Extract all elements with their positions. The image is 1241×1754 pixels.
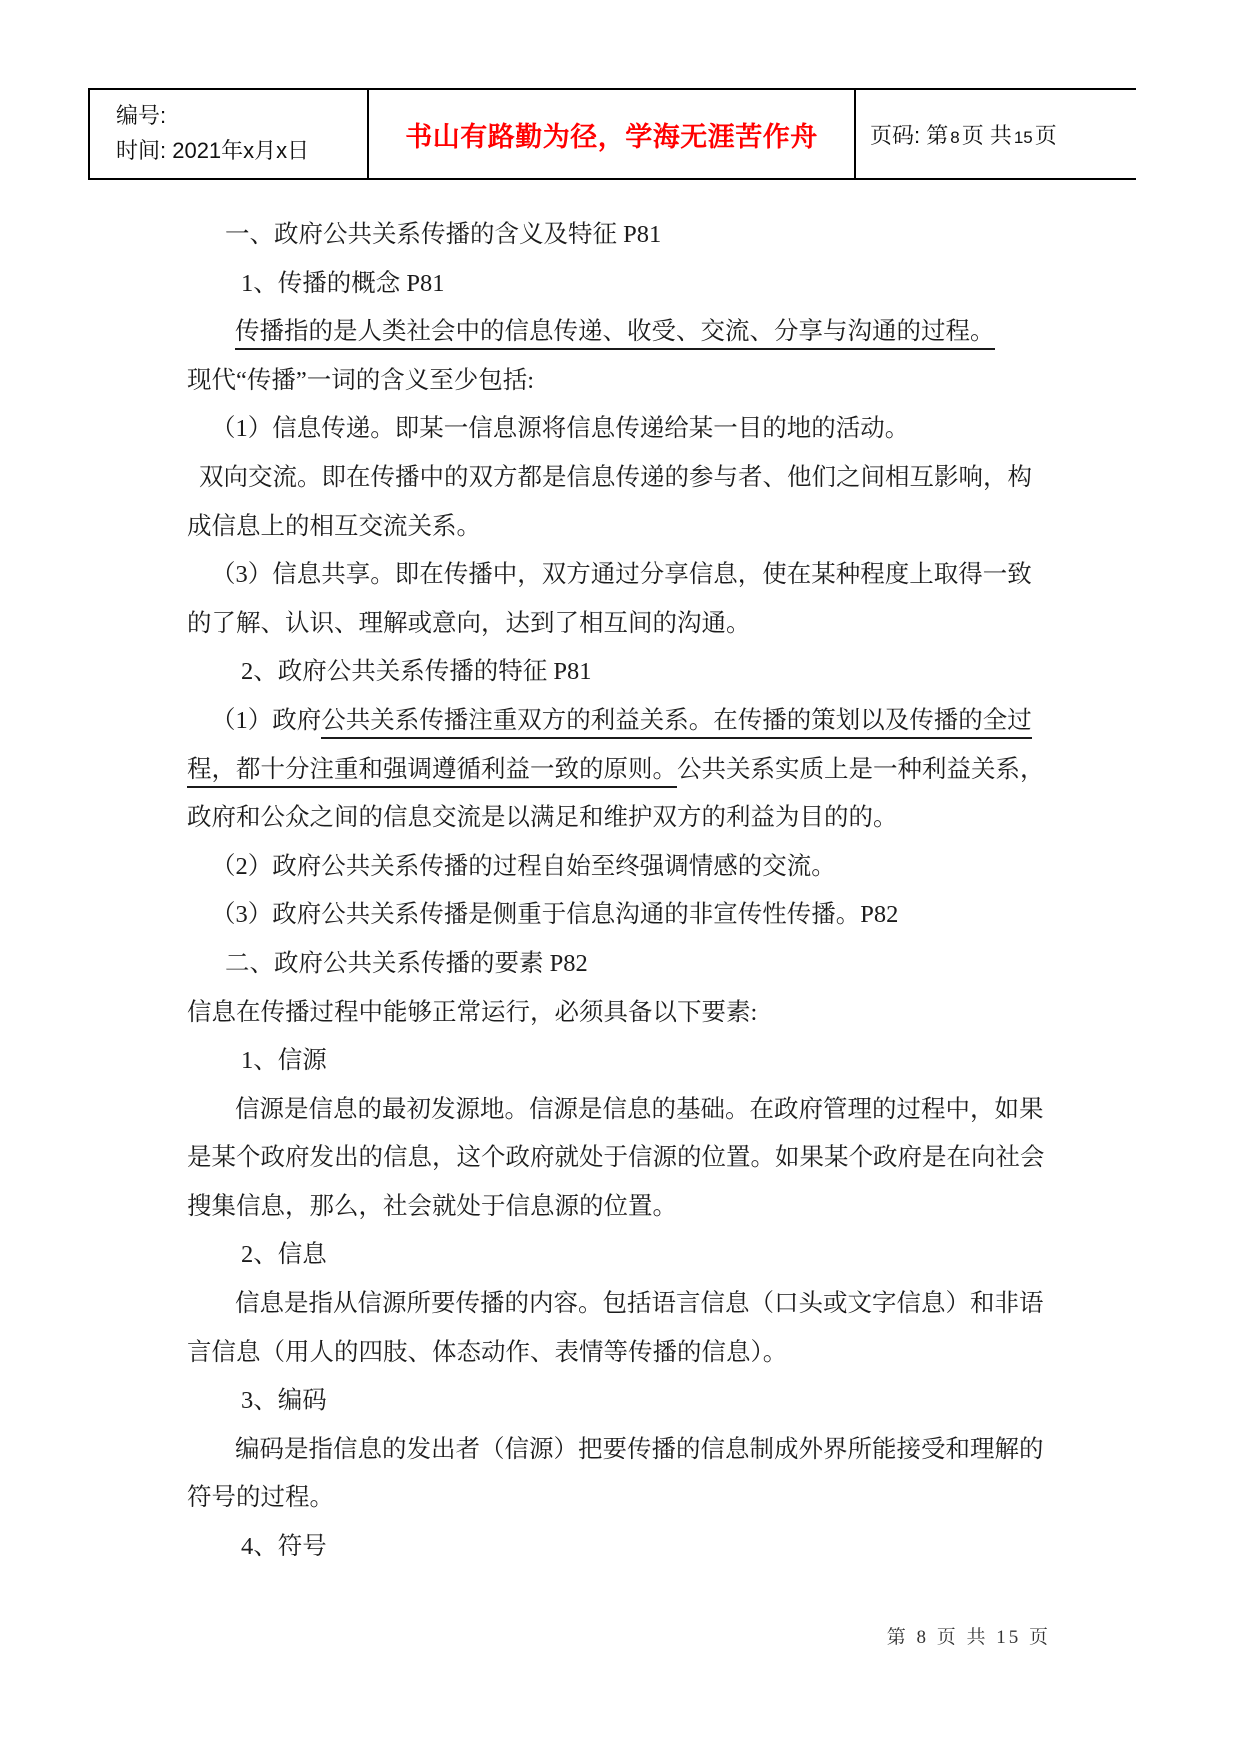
text-line: 传播指的是人类社会中的信息传递、收受、交流、分享与沟通的过程。 <box>187 308 1087 357</box>
text-line: 符号的过程。 <box>187 1474 1087 1523</box>
text-line: 3、编码 <box>187 1377 1087 1426</box>
text-segment: 言信息（用人的四肢、体态动作、表情等传播的信息）。 <box>187 1339 787 1366</box>
text-segment: 1、传播的概念 P81 <box>241 270 445 297</box>
text-segment: 现代“传播”一词的含义至少包括: <box>187 367 534 394</box>
text-line: （3）信息共享。即在传播中，双方通过分享信息，使在某种程度上取得一致 <box>187 551 1087 600</box>
text-segment: 二、政府公共关系传播的要素 P82 <box>225 950 588 977</box>
document-page: 编号: 时间: 2021年x月x日 书山有路勤为径，学海无涯苦作舟 页码: 第8… <box>0 0 1241 1754</box>
text-line: 成信息上的相互交流关系。 <box>187 503 1087 552</box>
text-segment: （1）政府 <box>211 707 321 734</box>
text-segment: 是某个政府发出的信息，这个政府就处于信源的位置。如果某个政府是在向社会 <box>187 1144 1045 1171</box>
text-line: 4、符号 <box>187 1523 1087 1572</box>
text-segment: （3）政府公共关系传播是侧重于信息沟通的非宣传性传播。P82 <box>211 901 898 928</box>
text-segment: 信息在传播过程中能够正常运行，必须具备以下要素: <box>187 999 757 1026</box>
text-line: 2、政府公共关系传播的特征 P81 <box>187 648 1087 697</box>
text-line: 信息是指从信源所要传播的内容。包括语言信息（口头或文字信息）和非语 <box>187 1280 1087 1329</box>
header-cell-page: 页码: 第8页 共15页 <box>856 90 1136 178</box>
text-line: 搜集信息，那么，社会就处于信息源的位置。 <box>187 1183 1087 1232</box>
text-line: 编码是指信息的发出者（信源）把要传播的信息制成外界所能接受和理解的 <box>187 1426 1087 1475</box>
text-segment: （3）信息共享。即在传播中，双方通过分享信息，使在某种程度上取得一致 <box>211 561 1032 588</box>
page-number-label: 页码: 第8页 共15页 <box>870 119 1057 150</box>
text-segment: 政府和公众之间的信息交流是以满足和维护双方的利益为目的的。 <box>187 804 898 831</box>
text-line: （1）信息传递。即某一信息源将信息传递给某一目的地的活动。 <box>187 405 1087 454</box>
text-segment: 信源是信息的最初发源地。信源是信息的基础。在政府管理的过程中，如果 <box>235 1096 1044 1123</box>
text-line: 信息在传播过程中能够正常运行，必须具备以下要素: <box>187 989 1087 1038</box>
underlined-text: 传播指的是人类社会中的信息传递、收受、交流、分享与沟通的过程。 <box>235 318 995 350</box>
text-segment: 搜集信息，那么，社会就处于信息源的位置。 <box>187 1193 677 1220</box>
footer-total-number: 15 <box>996 1627 1021 1648</box>
text-segment: 一、政府公共关系传播的含义及特征 P81 <box>225 221 661 248</box>
text-line: 言信息（用人的四肢、体态动作、表情等传播的信息）。 <box>187 1329 1087 1378</box>
text-segment: 2、政府公共关系传播的特征 P81 <box>241 658 592 685</box>
text-segment: （1）信息传递。即某一信息源将信息传递给某一目的地的活动。 <box>211 415 909 442</box>
underlined-text: 程，都十分注重和强调遵循利益一致的原则。 <box>187 756 677 788</box>
text-segment: 编码是指信息的发出者（信源）把要传播的信息制成外界所能接受和理解的 <box>235 1436 1044 1463</box>
text-line: 信源是信息的最初发源地。信源是信息的基础。在政府管理的过程中，如果 <box>187 1086 1087 1135</box>
page-current-number: 8 <box>948 128 961 147</box>
doc-time-label: 时间: 2021年x月x日 <box>116 133 367 168</box>
text-line: （3）政府公共关系传播是侧重于信息沟通的非宣传性传播。P82 <box>187 891 1087 940</box>
underlined-text: 公共关系传播注重双方的利益关系。在传播的策划以及传播的全过 <box>321 707 1032 739</box>
text-segment: （2）政府公共关系传播的过程自始至终强调情感的交流。 <box>211 853 836 880</box>
motto-text: 书山有路勤为径，学海无涯苦作舟 <box>405 115 818 154</box>
header-cell-motto: 书山有路勤为径，学海无涯苦作舟 <box>369 90 856 178</box>
document-body: 一、政府公共关系传播的含义及特征 P811、传播的概念 P81传播指的是人类社会… <box>187 211 1087 1572</box>
text-line: 双向交流。即在传播中的双方都是信息传递的参与者、他们之间相互影响，构 <box>187 454 1087 503</box>
text-line: 现代“传播”一词的含义至少包括: <box>187 357 1087 406</box>
text-segment: 4、符号 <box>241 1533 327 1560</box>
text-line: 1、信源 <box>187 1037 1087 1086</box>
text-segment: 符号的过程。 <box>187 1484 334 1511</box>
text-segment: 3、编码 <box>241 1387 327 1414</box>
text-segment: 2、信息 <box>241 1241 327 1268</box>
text-line: 一、政府公共关系传播的含义及特征 P81 <box>187 211 1087 260</box>
text-line: 的了解、认识、理解或意向，达到了相互间的沟通。 <box>187 600 1087 649</box>
text-segment: 信息是指从信源所要传播的内容。包括语言信息（口头或文字信息）和非语 <box>235 1290 1044 1317</box>
text-segment: 1、信源 <box>241 1047 327 1074</box>
text-segment: 公共关系实质上是一种利益关系， <box>677 756 1045 783</box>
text-segment: 的了解、认识、理解或意向，达到了相互间的沟通。 <box>187 610 751 637</box>
footer-page-number: 第 8 页 共 15 页 <box>187 1622 1051 1649</box>
text-line: 程，都十分注重和强调遵循利益一致的原则。公共关系实质上是一种利益关系， <box>187 746 1087 795</box>
text-line: 政府和公众之间的信息交流是以满足和维护双方的利益为目的的。 <box>187 794 1087 843</box>
text-line: 是某个政府发出的信息，这个政府就处于信源的位置。如果某个政府是在向社会 <box>187 1134 1087 1183</box>
text-line: 二、政府公共关系传播的要素 P82 <box>187 940 1087 989</box>
header-table: 编号: 时间: 2021年x月x日 书山有路勤为径，学海无涯苦作舟 页码: 第8… <box>88 88 1136 180</box>
text-segment: 成信息上的相互交流关系。 <box>187 513 481 540</box>
header-cell-meta: 编号: 时间: 2021年x月x日 <box>90 90 369 178</box>
footer-current-number: 8 <box>916 1627 929 1648</box>
text-line: （2）政府公共关系传播的过程自始至终强调情感的交流。 <box>187 843 1087 892</box>
text-line: （1）政府公共关系传播注重双方的利益关系。在传播的策划以及传播的全过 <box>187 697 1087 746</box>
text-segment: 双向交流。即在传播中的双方都是信息传递的参与者、他们之间相互影响，构 <box>199 464 1032 491</box>
text-line: 1、传播的概念 P81 <box>187 260 1087 309</box>
page-total-number: 15 <box>1012 128 1035 147</box>
text-line: 2、信息 <box>187 1231 1087 1280</box>
doc-number-label: 编号: <box>116 98 367 133</box>
